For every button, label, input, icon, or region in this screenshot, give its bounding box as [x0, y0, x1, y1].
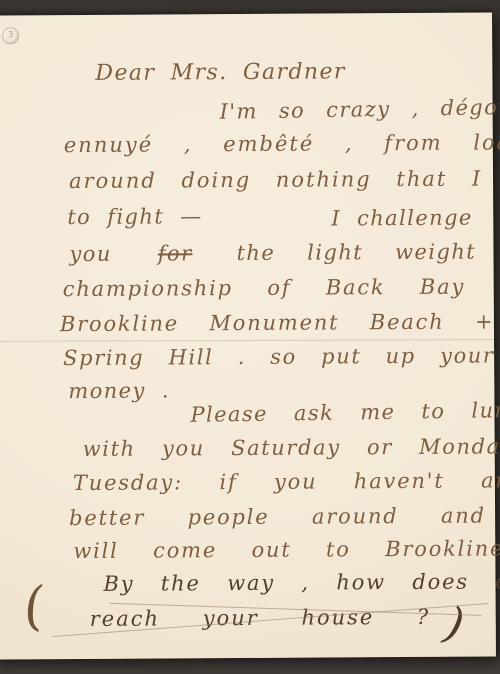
letter-line-15: will come out to Brookline .	[73, 536, 500, 563]
letter-salutation: Dear Mrs. Gardner	[95, 59, 346, 86]
letter-line-6: you for the light weight	[69, 240, 476, 266]
letter-line-5b: I challenge	[331, 206, 473, 231]
embossed-stamp: 3	[2, 27, 19, 44]
letter-line-11: Please ask me to lunch	[190, 398, 500, 427]
paper-fold-crease	[0, 339, 494, 342]
letter-line-12: with you Saturday or Monday or	[83, 434, 500, 461]
letter-line-9: Spring Hill . so put up your	[63, 343, 495, 370]
letter-line-14: better people around and I	[69, 503, 500, 530]
letter-line-5a: to fight —	[67, 204, 202, 229]
letter-line-17: reach your house ?	[90, 605, 431, 631]
annotation-open-paren: (	[20, 576, 47, 638]
letter-line-10: money .	[68, 378, 170, 403]
photo-background: 3 Dear Mrs. Gardner I'm so crazy , dégoû…	[0, 0, 500, 674]
letter-line-4: around doing nothing that I want	[69, 166, 500, 193]
letter-line-2: I'm so crazy , dégoûté	[219, 95, 500, 124]
letter-line-8: Brookline Monument Beach +	[60, 309, 495, 336]
letter-line-6-struck-word: for	[158, 241, 193, 265]
letter-line-6-word-you: you	[69, 242, 111, 266]
letter-page: 3 Dear Mrs. Gardner I'm so crazy , dégoû…	[0, 12, 496, 659]
letter-line-16: By the way , how does one	[103, 569, 500, 596]
letter-line-13: Tuesday: if you haven't any	[73, 468, 500, 495]
letter-line-7: championship of Back Bay	[63, 275, 466, 301]
letter-line-3: ennuyé , embêté , from loafing	[64, 130, 500, 157]
letter-line-6-rest: the light weight	[236, 240, 476, 265]
corner-mark: 3	[8, 30, 14, 40]
